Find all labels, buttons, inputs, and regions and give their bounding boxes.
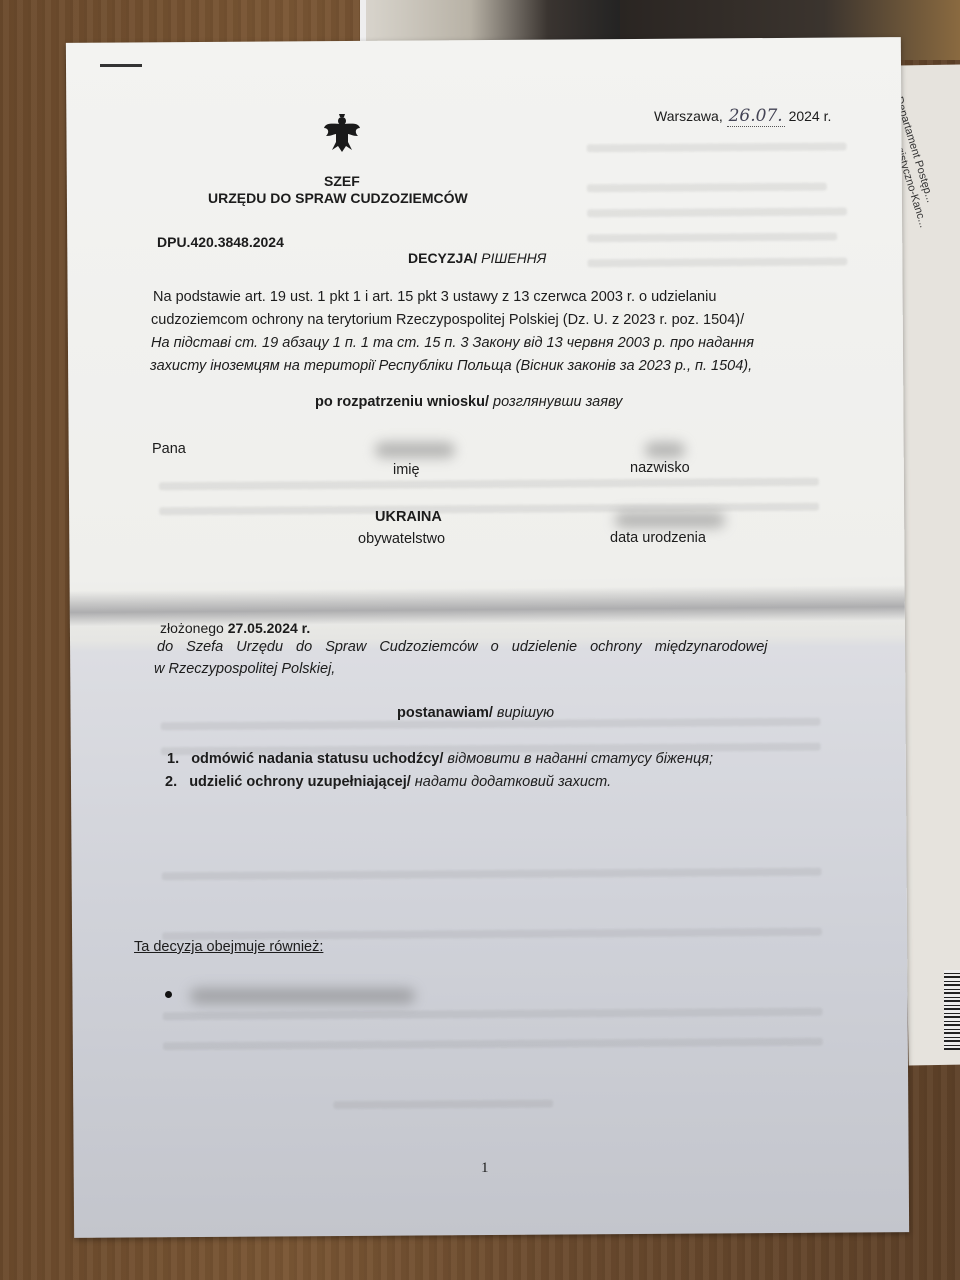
- case-number: DPU.420.3848.2024: [157, 234, 284, 250]
- citizenship-value: UKRAINA: [375, 509, 442, 525]
- show-through: [587, 142, 847, 152]
- document-title: DECYZJA/ РІШЕННЯ: [408, 250, 546, 266]
- show-through: [163, 1008, 823, 1021]
- application-line-2: w Rzeczypospolitej Polskiej,: [154, 661, 335, 677]
- staple-mark: [100, 64, 142, 67]
- authority-name: URZĘDU DO SPRAW CUDZOZIEMCÓW: [208, 190, 468, 206]
- submitted-line: złożonego 27.05.2024 r.: [160, 620, 310, 636]
- polish-eagle-icon: [322, 112, 362, 154]
- decision-document: [66, 37, 909, 1238]
- consideration-line: po rozpatrzeniu wniosku/ розглянувши зая…: [315, 394, 622, 410]
- legal-basis-uk-2: захисту іноземцям на території Республік…: [150, 358, 752, 374]
- redacted-covered-person: [190, 988, 415, 1004]
- place-date: Warszawa, 26.07. 2024 r.: [654, 106, 831, 126]
- show-through: [587, 233, 837, 243]
- handwritten-date: 26.07.: [727, 106, 785, 127]
- citizenship-label: obywatelstwo: [358, 531, 445, 547]
- last-name-label: nazwisko: [630, 460, 690, 476]
- salutation: Pana: [152, 441, 186, 457]
- show-through: [162, 868, 822, 881]
- legal-basis-pl-2: cudzoziemcom ochrony na terytorium Rzecz…: [151, 312, 744, 328]
- legal-basis-uk-1: На підставі ст. 19 абзацу 1 п. 1 та ст. …: [151, 335, 754, 351]
- barcode: [944, 970, 960, 1050]
- legal-basis-pl-1: Na podstawie art. 19 ust. 1 pkt 1 i art.…: [153, 289, 716, 305]
- show-through: [163, 1038, 823, 1051]
- authority-title: SZEF: [324, 173, 360, 189]
- show-through: [587, 257, 847, 267]
- decision-heading: postanawiam/ вирішую: [397, 705, 554, 721]
- show-through: [587, 207, 847, 217]
- show-through: [159, 478, 819, 491]
- show-through: [333, 1100, 553, 1110]
- redacted-first-name: [375, 442, 455, 458]
- also-covers-heading: Ta decyzja obejmuje również:: [134, 939, 323, 955]
- show-through: [587, 183, 827, 193]
- redacted-last-name: [645, 442, 685, 458]
- birth-date-label: data urodzenia: [610, 530, 706, 546]
- page-number: 1: [481, 1160, 489, 1177]
- redacted-birth-date: [615, 512, 725, 528]
- first-name-label: imię: [393, 462, 420, 478]
- application-line-1: do Szefa Urzędu do Spraw Cudzoziemców o …: [157, 639, 768, 655]
- decision-item-1: 1. odmówić nadania statusu uchodźcy/ від…: [167, 751, 713, 767]
- decision-item-2: 2. udzielić ochrony uzupełniającej/ нада…: [165, 774, 611, 790]
- bullet-icon: [165, 991, 172, 998]
